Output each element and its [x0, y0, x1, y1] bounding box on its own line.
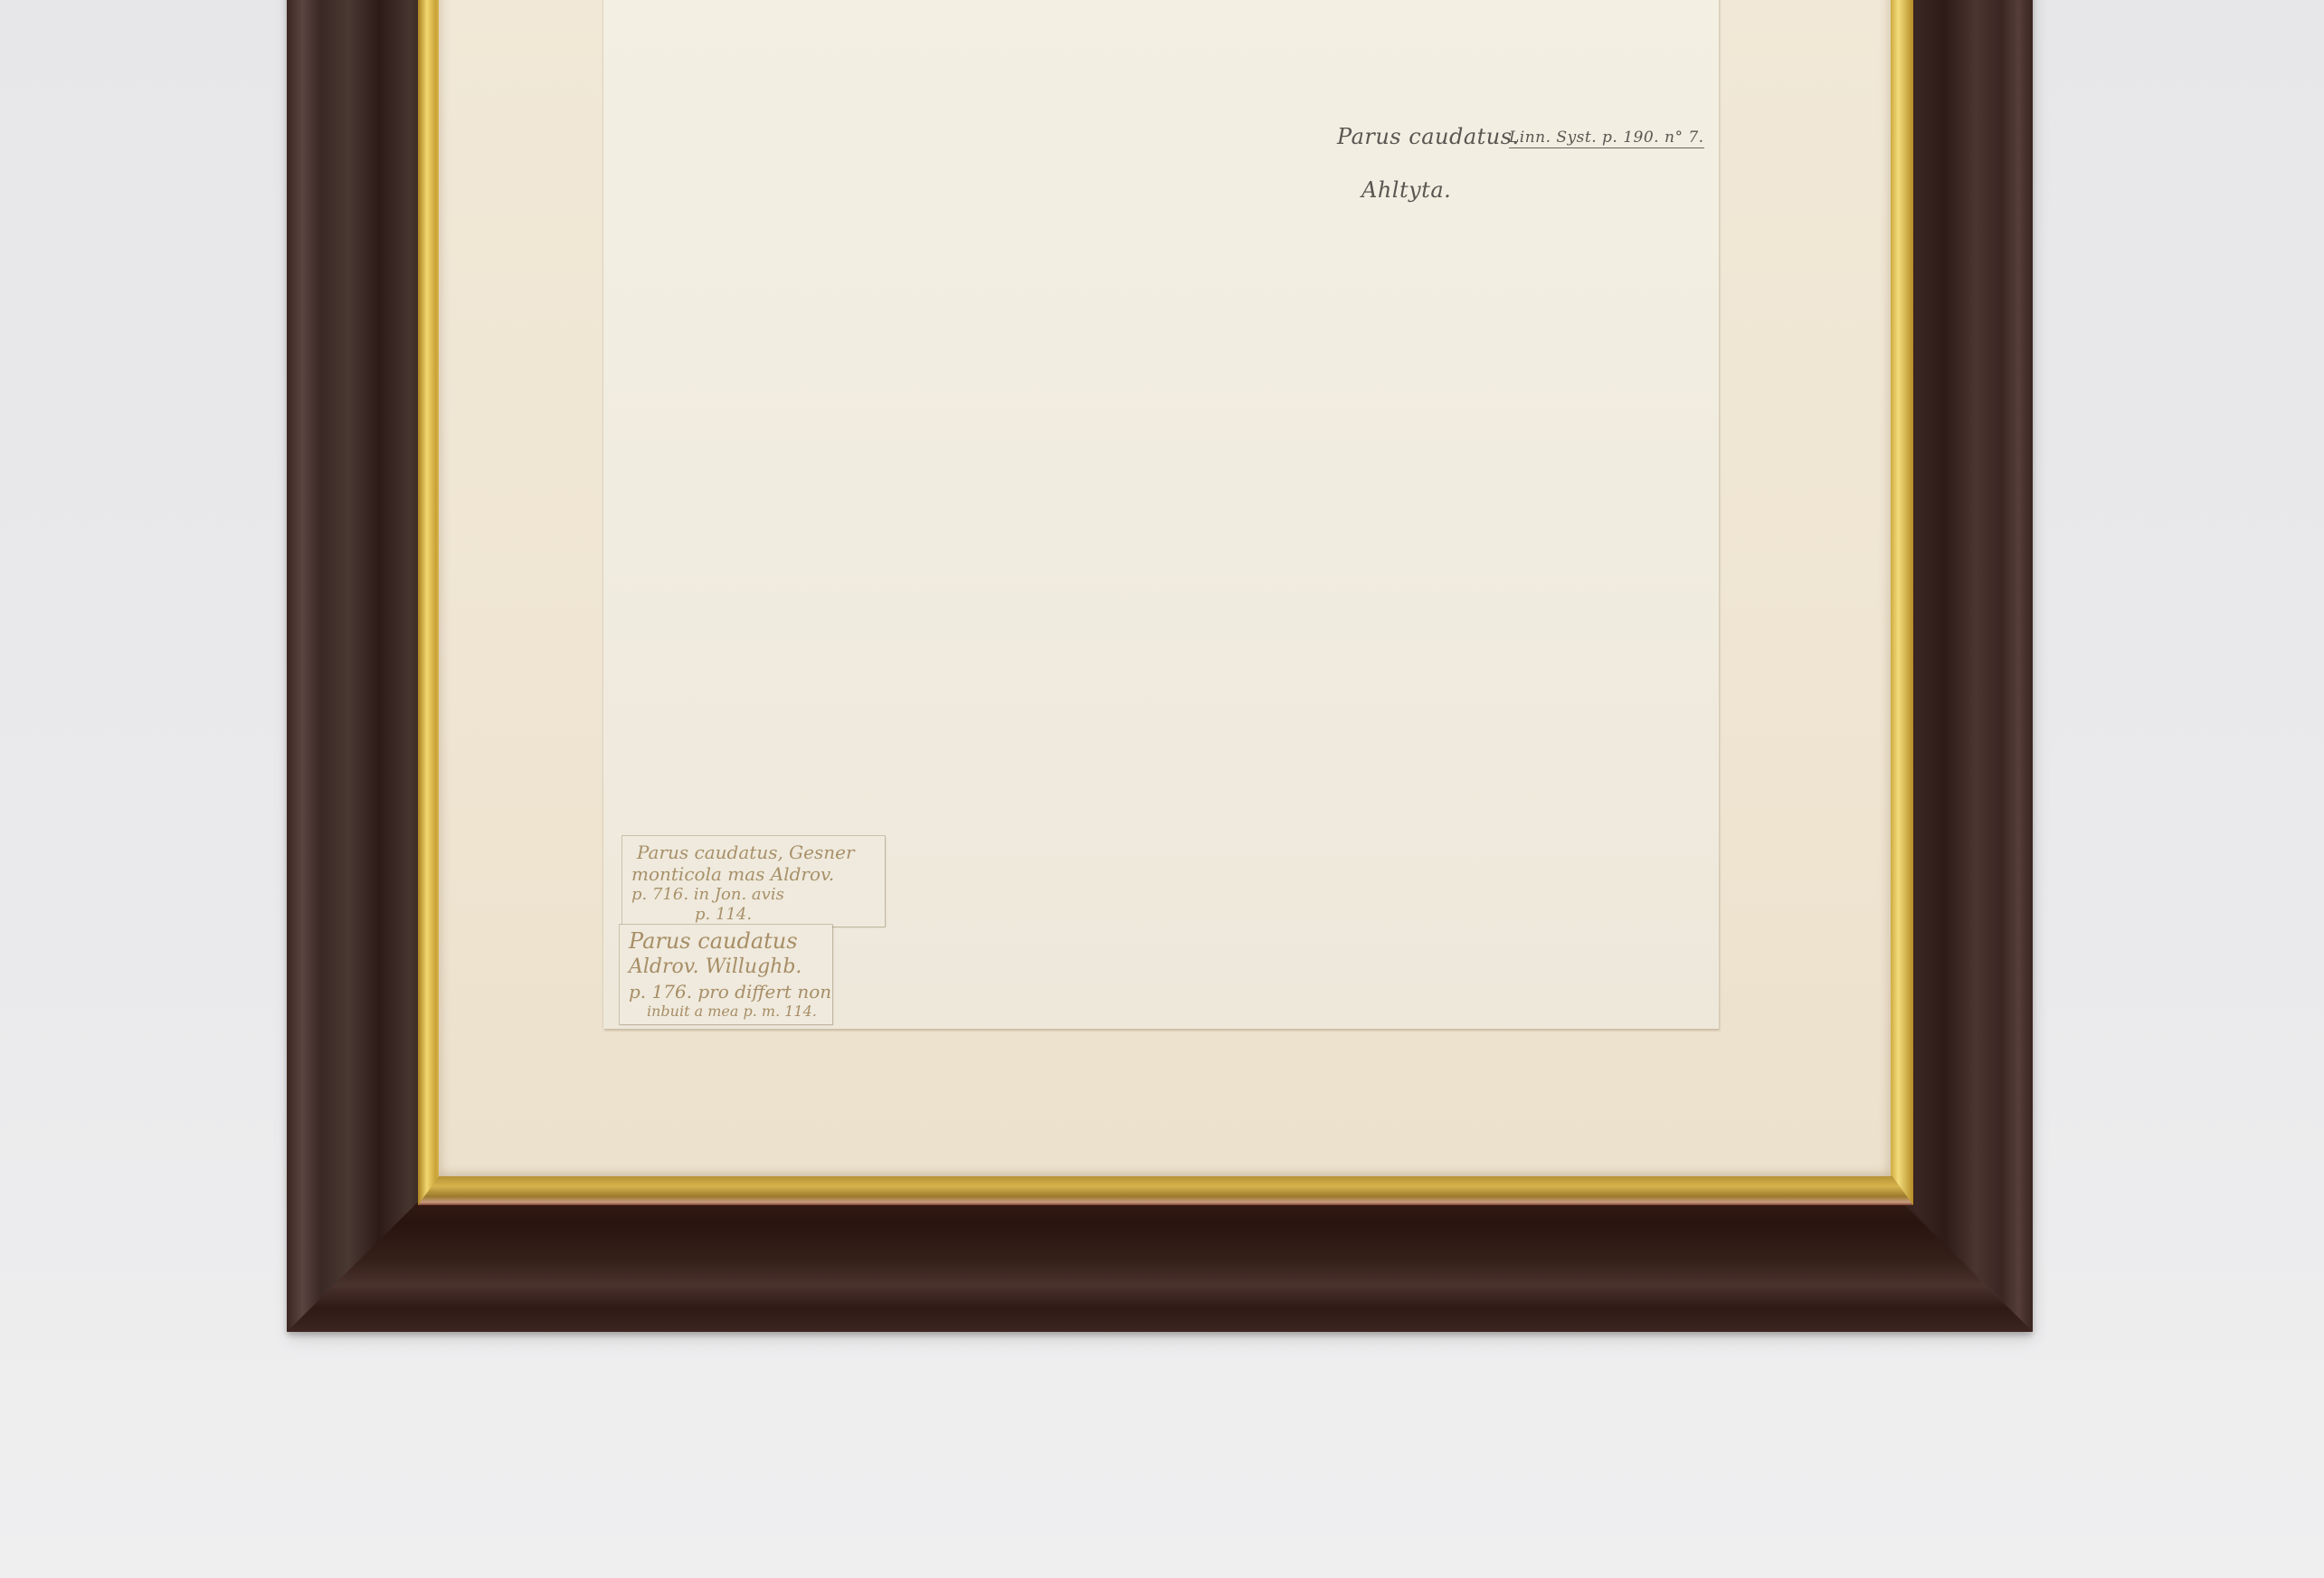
linnaeus-reference: Linn. Syst. p. 190. n° 7. — [1509, 128, 1704, 148]
pasted-label-1: Parus caudatus, Gesner monticola mas Ald… — [622, 836, 885, 927]
species-name: Parus caudatus. — [1337, 124, 1520, 149]
label-1-line-1: Parus caudatus, Gesner — [637, 841, 855, 863]
label-1-line-4: p. 114. — [695, 905, 752, 924]
label-2-line-2: Aldrov. Willughb. — [629, 955, 802, 978]
gold-lip-bottom — [418, 1176, 1913, 1205]
label-2-line-1: Parus caudatus — [629, 928, 798, 954]
label-1-line-3: p. 716. in Jon. avis — [631, 885, 784, 904]
vernacular-name: Ahltyta. — [1361, 177, 1451, 203]
label-2-line-3: p. 176. pro differt non — [629, 981, 831, 1003]
pasted-label-2: Parus caudatus Aldrov. Willughb. p. 176.… — [620, 925, 832, 1024]
label-2-line-4: inbuit a mea p. m. 114. — [647, 1003, 817, 1020]
label-1-line-2: monticola mas Aldrov. — [631, 863, 834, 885]
